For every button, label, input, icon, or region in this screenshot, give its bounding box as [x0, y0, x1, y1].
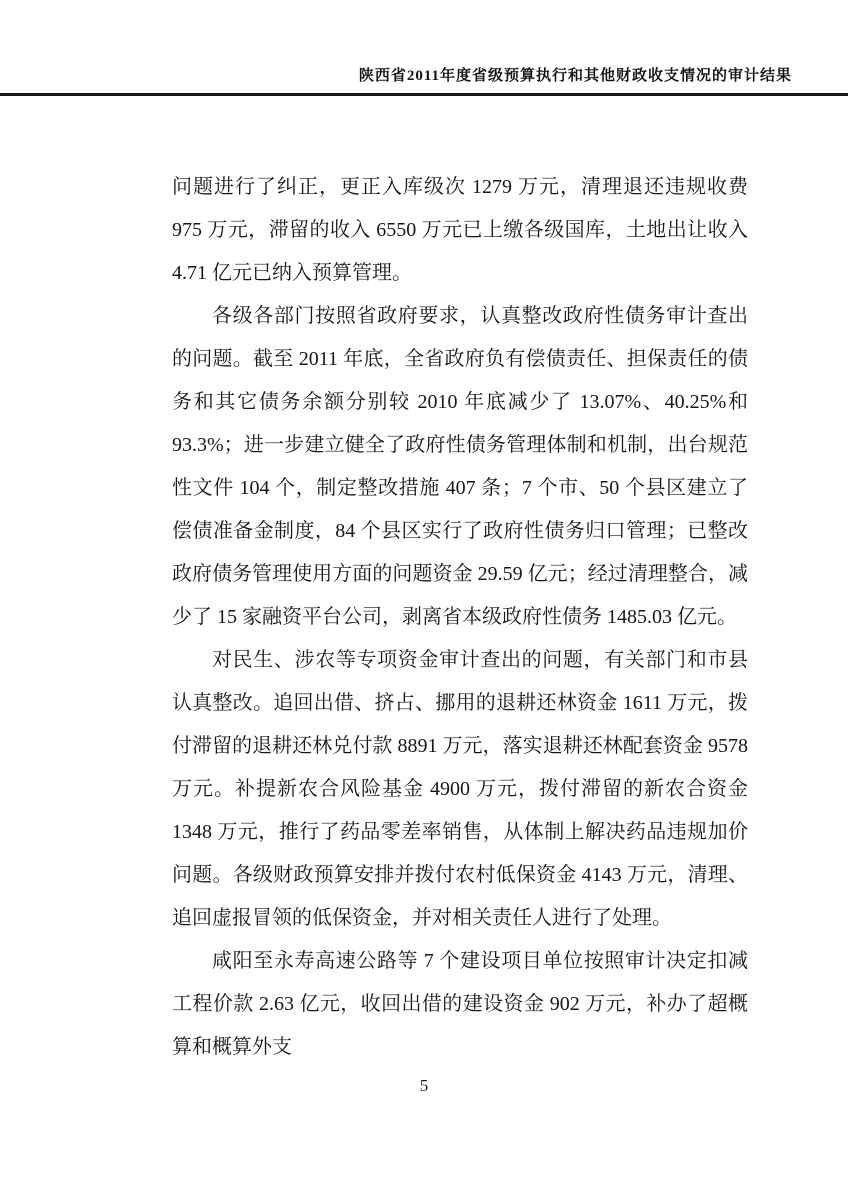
page-number: 5	[0, 1076, 848, 1096]
paragraph-construction-projects: 咸阳至永寿高速公路等 7 个建设项目单位按照审计决定扣减工程价款 2.63 亿元…	[172, 940, 748, 1069]
header-rule-divider	[0, 93, 848, 96]
document-body: 问题进行了纠正，更正入库级次 1279 万元，清理退还违规收费 975 万元，滞…	[172, 166, 748, 1069]
report-page: 陕西省2011年度省级预算执行和其他财政收支情况的审计结果 问题进行了纠正，更正…	[0, 0, 848, 1200]
paragraph-government-debt: 各级各部门按照省政府要求，认真整改政府性债务审计查出的问题。截至 2011 年底…	[172, 295, 748, 639]
paragraph-livelihood-funds: 对民生、涉农等专项资金审计查出的问题，有关部门和市县认真整改。追回出借、挤占、挪…	[172, 639, 748, 940]
running-header-title: 陕西省2011年度省级预算执行和其他财政收支情况的审计结果	[58, 64, 792, 85]
paragraph-continuation: 问题进行了纠正，更正入库级次 1279 万元，清理退还违规收费 975 万元，滞…	[172, 166, 748, 295]
